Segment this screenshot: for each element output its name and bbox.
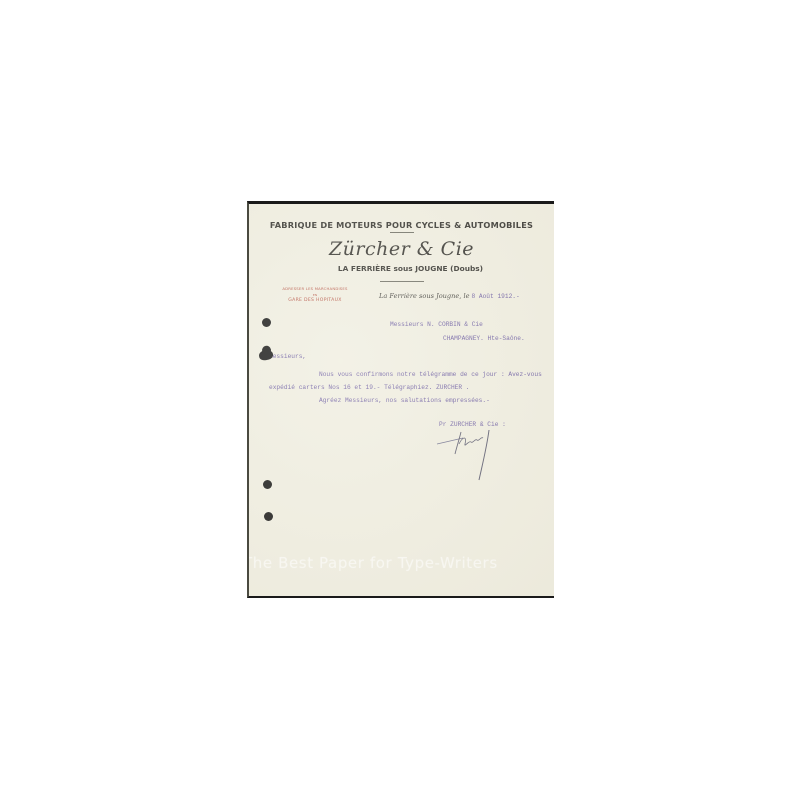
body-line-3: Agréez Messieurs, nos salutations empres… [319, 397, 490, 404]
shipping-note-line3: GARE DES HOPITAUX [267, 298, 363, 304]
paper-watermark: The Best Paper for Type-Writers [247, 554, 498, 572]
typed-date: 8 Août 1912.- [471, 293, 519, 300]
body-line-2: expédié carters Nos 16 et 19.- Télégraph… [269, 384, 470, 391]
company-location: LA FERRIÈRE sous JOUGNE (Doubs) [249, 264, 554, 273]
recipient-name: Messieurs N. CORBIN & Cie [390, 321, 483, 328]
handwritten-signature [435, 426, 505, 482]
shipping-note: ADRESSER LES MARCHANDISES EN GARE DES HO… [267, 286, 363, 304]
place-and-date: La Ferrière sous Jougne, le 8 Août 1912.… [379, 292, 520, 300]
salutation: Messieurs, [269, 353, 306, 360]
letterhead-tagline: FABRIQUE DE MOTEURS POUR CYCLES & AUTOMO… [249, 220, 554, 230]
ornament-divider [380, 281, 424, 282]
punch-hole [262, 318, 271, 327]
ornament-divider [390, 232, 414, 233]
body-line-1: Nous vous confirmons notre télégramme de… [319, 371, 542, 378]
punch-hole [264, 512, 273, 521]
recipient-address: CHAMPAGNEY. Hte-Saône. [443, 335, 525, 342]
company-logo: Zürcher & Cie [249, 238, 554, 260]
printed-place: La Ferrière sous Jougne, le [379, 292, 470, 300]
punch-hole [263, 480, 272, 489]
letter-sheet: FABRIQUE DE MOTEURS POUR CYCLES & AUTOMO… [247, 201, 554, 598]
